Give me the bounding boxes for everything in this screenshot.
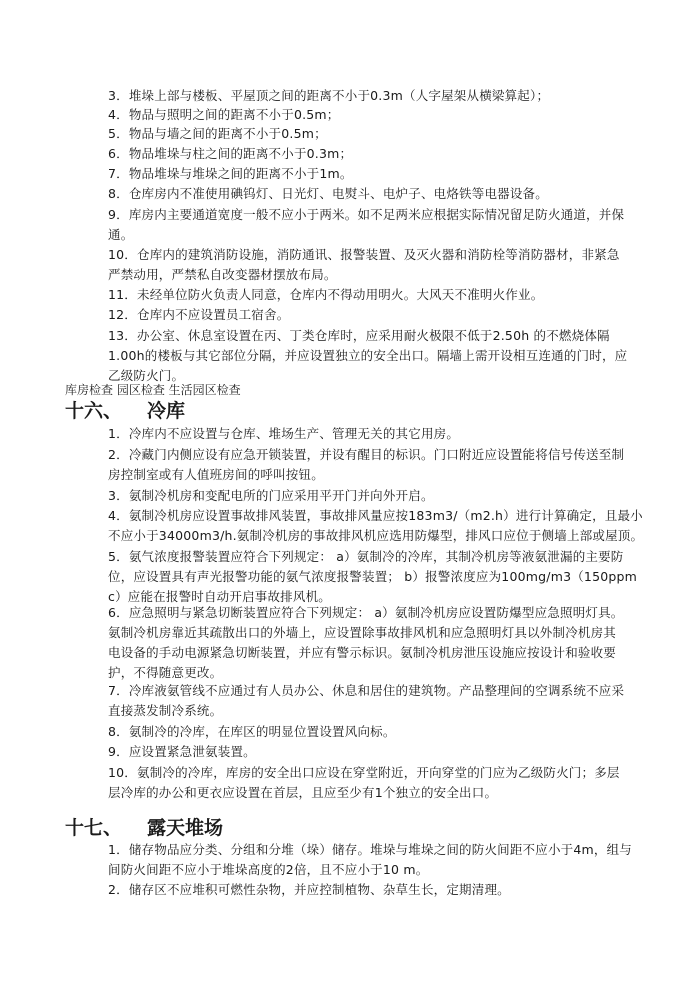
list-item: 4．物品与照明之间的距离不小于0.5m； (110, 105, 685, 125)
section-title: 露天堆场 (147, 817, 223, 839)
section-heading-16: 十六、冷库 (65, 398, 185, 424)
item-line: 不应小于34000m3/h.氨制冷机房的事故排风机应选用防爆型，排风口应位于侧墙… (108, 526, 685, 546)
item-line: 通。 (108, 225, 685, 245)
item-line: 间防火间距不应小于堆垛高度的2倍，且不应小于10 m。 (108, 860, 685, 880)
list-item: 8．氨制冷的冷库，在库区的明显位置设置风向标。 (110, 722, 685, 742)
item-line: 10．仓库内的建筑消防设施，消防通讯、报警装置、及灭火器和消防栓等消防器材，非紧… (108, 245, 685, 265)
item-line: 2．冷藏门内侧应设有应急开锁装置，并设有醒目的标识。门口附近应设置能将信号传送至… (108, 445, 685, 465)
list-item: 10．氨制冷的冷库，库房的安全出口应设在穿堂附近，开向穿堂的门应为乙级防火门；多… (110, 763, 685, 803)
item-line: 2．储存区不应堆积可燃性杂物，并应控制植物、杂草生长，定期清理。 (108, 880, 685, 900)
item-line: 层冷库的办公和更衣应设置在首层，且应至少有1个独立的安全出口。 (108, 783, 685, 803)
item-line: 9．应设置紧急泄氨装置。 (108, 742, 685, 762)
item-line: 13．办公室、休息室设置在丙、丁类仓库时，应采用耐火极限不低于2.50h 的不燃… (108, 326, 685, 346)
item-line: 护，不得随意更改。 (108, 663, 685, 683)
section-number: 十六、 (65, 398, 147, 424)
item-line: 5．氨气浓度报警装置应符合下列规定： a）氨制冷的冷库，其制冷机房等液氨泄漏的主… (108, 547, 685, 567)
list-item: 1．储存物品应分类、分组和分堆（垛）储存。堆垛与堆垛之间的防火间距不应小于4m，… (110, 840, 685, 880)
list-item: 6．物品堆垛与柱之间的距离不小于0.3m； (110, 144, 685, 164)
section-heading-17: 十七、露天堆场 (65, 815, 223, 841)
item-line: 9．库房内主要通道宽度一般不应小于两米。如不足两米应根据实际情况留足防火通道，并… (108, 205, 685, 225)
item-line: 1．冷库内不应设置与仓库、堆场生产、管理无关的其它用房。 (108, 424, 685, 444)
list-item: 3．氨制冷机房和变配电所的门应采用平开门并向外开启。 (110, 486, 685, 506)
list-item: 3．堆垛上部与楼板、平屋顶之间的距离不小于0.3m（人字屋架从横梁算起）； (110, 86, 685, 106)
item-line: 1.00h的楼板与其它部位分隔，并应设置独立的安全出口。隔墙上需开设相互连通的门… (108, 346, 685, 366)
item-line: 7．物品堆垛与堆垛之间的距离不小于1m。 (108, 164, 685, 184)
item-line: 直接蒸发制冷系统。 (108, 701, 685, 721)
item-line: 位，应设置具有声光报警功能的氨气浓度报警装置； b）报警浓度应为100mg/m3… (108, 567, 685, 587)
list-item: 2．冷藏门内侧应设有应急开锁装置，并设有醒目的标识。门口附近应设置能将信号传送至… (110, 445, 685, 485)
list-item: 7．冷库液氨管线不应通过有人员办公、休息和居住的建筑物。产品整理间的空调系统不应… (110, 681, 685, 721)
item-line: 房控制室或有人值班房间的呼叫按钮。 (108, 465, 685, 485)
list-item: 4．氨制冷机房应设置事故排风装置，事故排风量应按183m3/（m2.h）进行计算… (110, 506, 685, 546)
list-item: 8．仓库房内不准使用碘钨灯、日光灯、电熨斗、电炉子、电烙铁等电器设备。 (110, 184, 685, 204)
list-item: 13．办公室、休息室设置在丙、丁类仓库时，应采用耐火极限不低于2.50h 的不燃… (110, 326, 685, 386)
list-item: 7．物品堆垛与堆垛之间的距离不小于1m。 (110, 164, 685, 184)
section-title: 冷库 (147, 400, 185, 422)
list-item: 9．应设置紧急泄氨装置。 (110, 742, 685, 762)
list-item: 9．库房内主要通道宽度一般不应小于两米。如不足两米应根据实际情况留足防火通道，并… (110, 205, 685, 245)
list-item: 1．冷库内不应设置与仓库、堆场生产、管理无关的其它用房。 (110, 424, 685, 444)
item-line: 4．物品与照明之间的距离不小于0.5m； (108, 105, 685, 125)
list-item: 2．储存区不应堆积可燃性杂物，并应控制植物、杂草生长，定期清理。 (110, 880, 685, 900)
item-line: 8．氨制冷的冷库，在库区的明显位置设置风向标。 (108, 722, 685, 742)
item-line: 4．氨制冷机房应设置事故排风装置，事故排风量应按183m3/（m2.h）进行计算… (108, 506, 685, 526)
item-line: 电设备的手动电源紧急切断装置，并应有警示标识。氨制冷机房泄压设施应按设计和验收要 (108, 643, 685, 663)
item-line: 氨制冷机房靠近其疏散出口的外墙上，应设置除事故排风机和应急照明灯具以外制冷机房其 (108, 623, 685, 643)
item-line: 8．仓库房内不准使用碘钨灯、日光灯、电熨斗、电炉子、电烙铁等电器设备。 (108, 184, 685, 204)
list-item: 10．仓库内的建筑消防设施，消防通讯、报警装置、及灭火器和消防栓等消防器材，非紧… (110, 245, 685, 285)
category-tags: 库房检查 园区检查 生活园区检查 (65, 381, 241, 399)
item-line: 3．堆垛上部与楼板、平屋顶之间的距离不小于0.3m（人字屋架从横梁算起）； (108, 86, 685, 106)
list-item: 6．应急照明与紧急切断装置应符合下列规定： a）氨制冷机房应设置防爆型应急照明灯… (110, 603, 685, 683)
item-line: 1．储存物品应分类、分组和分堆（垛）储存。堆垛与堆垛之间的防火间距不应小于4m，… (108, 840, 685, 860)
item-line: 5．物品与墙之间的距离不小于0.5m； (108, 124, 685, 144)
section-number: 十七、 (65, 815, 147, 841)
item-line: 11．未经单位防火负责人同意，仓库内不得动用明火。大风天不准明火作业。 (108, 285, 685, 305)
list-item: 11．未经单位防火负责人同意，仓库内不得动用明火。大风天不准明火作业。 (110, 285, 685, 305)
item-line: 7．冷库液氨管线不应通过有人员办公、休息和居住的建筑物。产品整理间的空调系统不应… (108, 681, 685, 701)
item-line: 3．氨制冷机房和变配电所的门应采用平开门并向外开启。 (108, 486, 685, 506)
list-item: 12．仓库内不应设置员工宿舍。 (110, 305, 685, 325)
item-line: 12．仓库内不应设置员工宿舍。 (108, 305, 685, 325)
document-page: 3．堆垛上部与楼板、平屋顶之间的距离不小于0.3m（人字屋架从横梁算起）； 4．… (0, 0, 700, 990)
list-item: 5．氨气浓度报警装置应符合下列规定： a）氨制冷的冷库，其制冷机房等液氨泄漏的主… (110, 547, 685, 607)
item-line: 6．应急照明与紧急切断装置应符合下列规定： a）氨制冷机房应设置防爆型应急照明灯… (108, 603, 685, 623)
item-line: 10．氨制冷的冷库，库房的安全出口应设在穿堂附近，开向穿堂的门应为乙级防火门；多… (108, 763, 685, 783)
item-line: 严禁动用，严禁私自改变器材摆放布局。 (108, 265, 685, 285)
item-line: 6．物品堆垛与柱之间的距离不小于0.3m； (108, 144, 685, 164)
list-item: 5．物品与墙之间的距离不小于0.5m； (110, 124, 685, 144)
